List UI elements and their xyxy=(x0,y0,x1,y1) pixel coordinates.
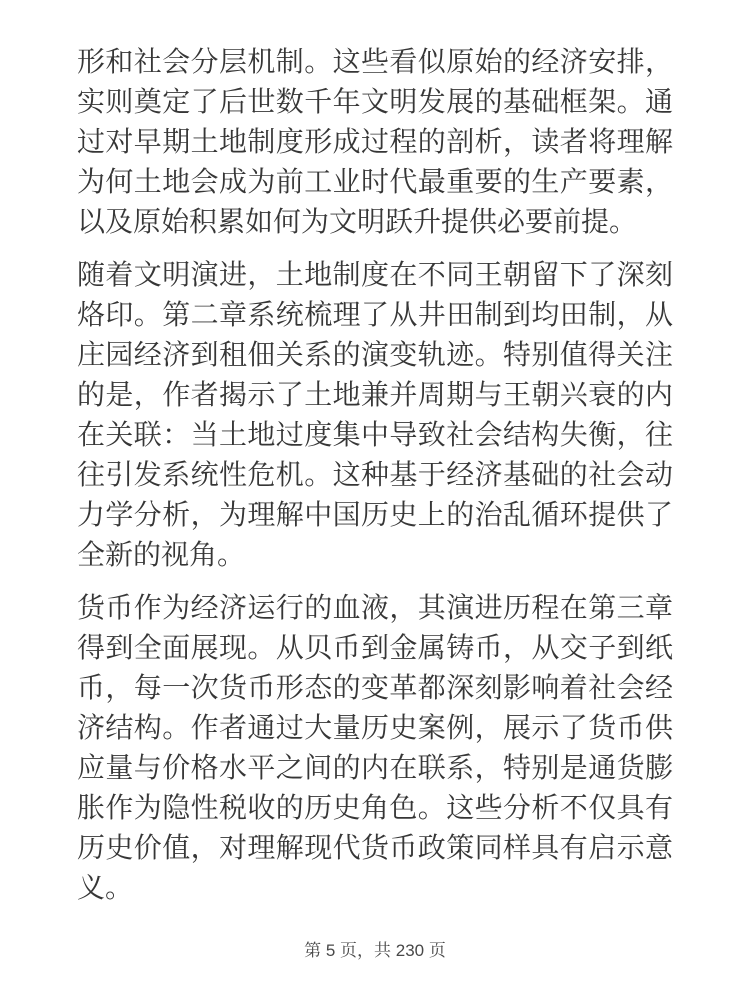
page-number-footer: 第 5 页，共 230 页 xyxy=(0,940,750,962)
page-content: 形和社会分层机制。这些看似原始的经济安排，实则奠定了后世数千年文明发展的基础框架… xyxy=(77,42,673,921)
document-page: 形和社会分层机制。这些看似原始的经济安排，实则奠定了后世数千年文明发展的基础框架… xyxy=(0,0,750,1000)
paragraph: 形和社会分层机制。这些看似原始的经济安排，实则奠定了后世数千年文明发展的基础框架… xyxy=(77,42,673,242)
paragraph: 货币作为经济运行的血液，其演进历程在第三章得到全面展现。从贝币到金属铸币，从交子… xyxy=(77,588,673,908)
paragraph: 随着文明演进，土地制度在不同王朝留下了深刻烙印。第二章系统梳理了从井田制到均田制… xyxy=(77,255,673,575)
